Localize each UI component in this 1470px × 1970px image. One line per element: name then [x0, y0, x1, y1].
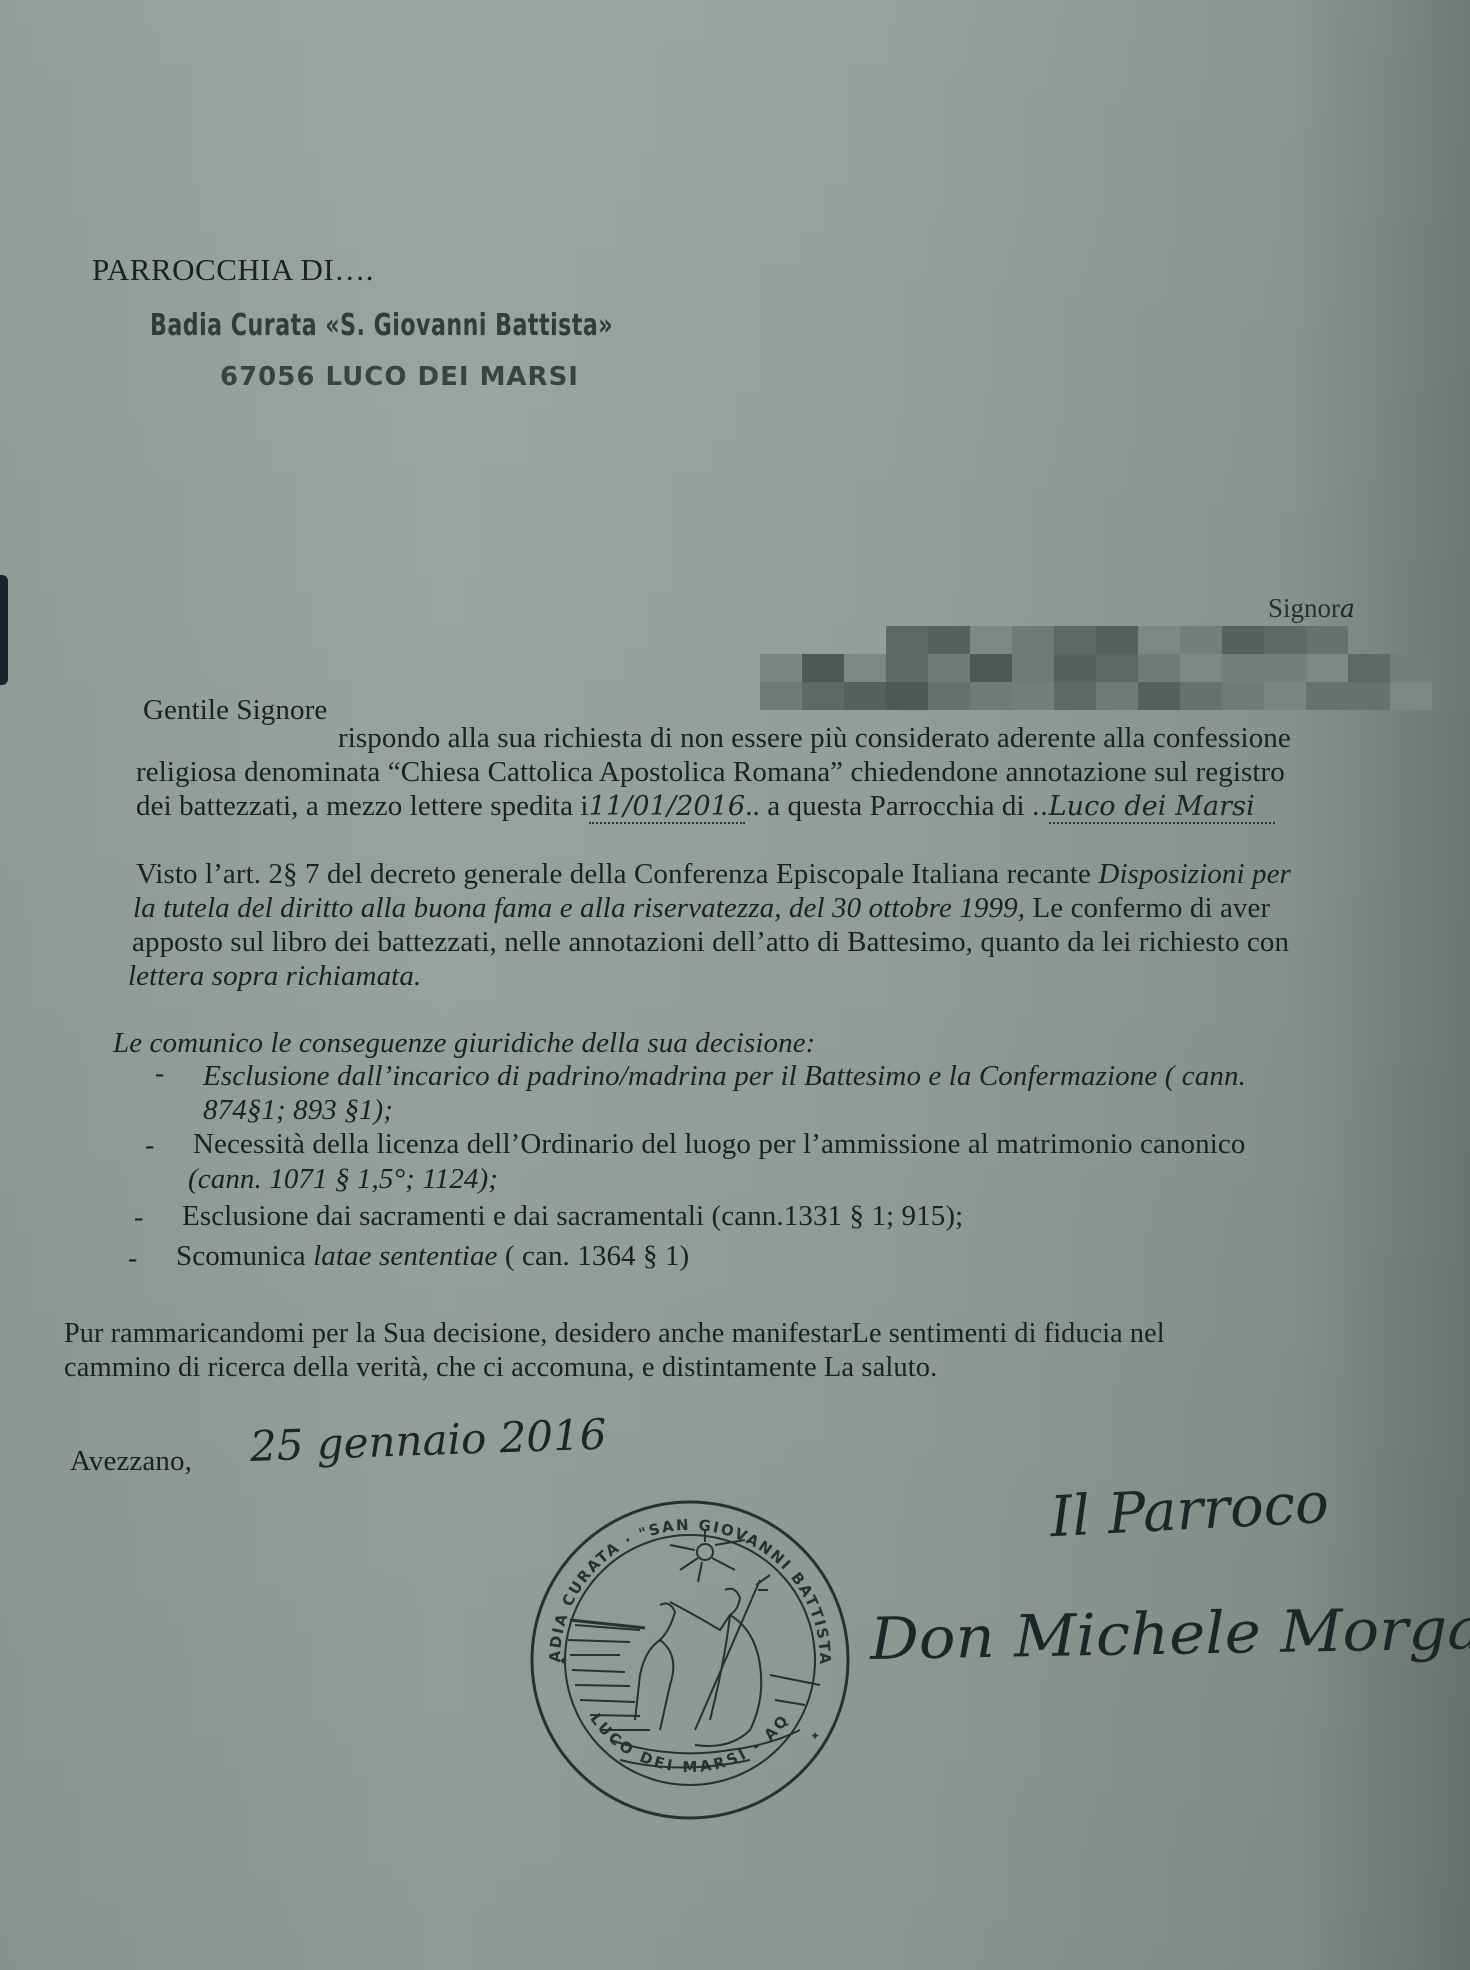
consequence-item-1-text: Esclusione dall’incarico di padrino/madr…	[203, 1060, 1246, 1092]
redaction-pixel	[886, 654, 928, 682]
parish-stamp-name: Badia Curata «S. Giovanni Battista»	[150, 308, 613, 343]
redaction-pixel	[928, 654, 970, 682]
consequence-item-4-regular: Scomunica	[176, 1240, 306, 1272]
paragraph2-line2-regular: Le confermo di aver	[1032, 892, 1270, 924]
redaction-pixel	[1054, 654, 1096, 682]
redacted-recipient-name	[760, 626, 1432, 710]
redaction-pixel	[1306, 626, 1348, 654]
redaction-pixel	[1390, 682, 1432, 710]
redaction-pixel	[802, 626, 844, 654]
redaction-pixel	[1306, 682, 1348, 710]
redaction-pixel	[1012, 626, 1054, 654]
redaction-pixel	[1180, 682, 1222, 710]
redaction-pixel	[760, 626, 802, 654]
redaction-pixel	[1180, 626, 1222, 654]
redaction-pixel	[1054, 682, 1096, 710]
paragraph2-line2-italic: la tutela del diritto alla buona fama e …	[133, 892, 1025, 924]
consequence-item-4-italic: latae sententiae	[313, 1240, 497, 1272]
paragraph2-line1: Visto l’art. 2§ 7 del decreto generale d…	[136, 858, 1291, 891]
redaction-pixel	[970, 654, 1012, 682]
redaction-pixel	[844, 654, 886, 682]
redaction-pixel	[1054, 626, 1096, 654]
redaction-pixel	[1138, 626, 1180, 654]
handwritten-letter-date: 25 gennaio 2016	[249, 1410, 607, 1471]
bullet-dash: -	[134, 1202, 143, 1234]
redaction-pixel	[1222, 626, 1264, 654]
redaction-pixel	[760, 682, 802, 710]
paragraph2-line1-italic: Disposizioni per	[1098, 858, 1291, 890]
redaction-pixel	[760, 654, 802, 682]
bullet-dash: -	[145, 1130, 154, 1162]
redaction-pixel	[886, 682, 928, 710]
salutation-label: Signor	[1268, 593, 1340, 623]
signature-title: Il Parroco	[1048, 1471, 1330, 1550]
paragraph2-line3: apposto sul libro dei battezzati, nelle …	[132, 926, 1289, 959]
paragraph1-line1: rispondo alla sua richiesta di non esser…	[338, 722, 1291, 755]
redaction-pixel	[970, 682, 1012, 710]
redaction-pixel	[802, 682, 844, 710]
paragraph2-line4: lettera sopra richiamata.	[128, 960, 421, 993]
redaction-pixel	[1096, 626, 1138, 654]
paragraph1-line3-middle: .. a questa Parrocchia di	[745, 790, 1025, 822]
redaction-pixel	[1264, 682, 1306, 710]
redaction-pixel	[1138, 682, 1180, 710]
handwritten-letter-date: 11/01/2016	[589, 791, 746, 824]
consequence-item-1-line1: Esclusione dall’incarico di padrino/madr…	[203, 1060, 1246, 1093]
bullet-dash: -	[128, 1243, 137, 1275]
redaction-pixel	[1348, 682, 1390, 710]
letterhead-title: PARROCCHIA DI….	[92, 252, 374, 288]
signature-name: Don Michele Morgani	[869, 1593, 1470, 1673]
redaction-pixel	[1012, 682, 1054, 710]
consequence-item-2-line2: (cann. 1071 § 1,5°; 1124);	[188, 1163, 498, 1196]
redaction-pixel	[1348, 654, 1390, 682]
paragraph2-line2: la tutela del diritto alla buona fama e …	[133, 892, 1270, 925]
redaction-pixel	[1264, 654, 1306, 682]
consequence-item-4-tail: ( can. 1364 § 1)	[505, 1240, 689, 1272]
paragraph1-line2: religiosa denominata “Chiesa Cattolica A…	[136, 756, 1285, 789]
parish-stamp-address: 67056 LUCO DEI MARSI	[220, 362, 579, 392]
closing-line2: cammino di ricerca della verità, che ci …	[64, 1352, 937, 1384]
consequence-item-4-line1: Scomunica latae sententiae ( can. 1364 §…	[176, 1240, 689, 1273]
greeting: Gentile Signore	[143, 694, 327, 727]
redaction-pixel	[1096, 654, 1138, 682]
paragraph1-line3-prefix: dei battezzati, a mezzo lettere spedita …	[136, 790, 589, 822]
svg-text:✦: ✦	[810, 1729, 820, 1743]
edge-shadow	[0, 575, 8, 685]
redaction-pixel	[928, 626, 970, 654]
redaction-pixel	[928, 682, 970, 710]
parish-seal: BADIA CURATA · "SAN GIOVANNI BATTISTA" L…	[520, 1490, 860, 1830]
redaction-pixel	[1138, 654, 1180, 682]
redaction-pixel	[970, 626, 1012, 654]
handwritten-parish-place: Luco dei Marsi	[1049, 791, 1275, 824]
redaction-pixel	[844, 626, 886, 654]
svg-text:✦: ✦	[558, 1654, 568, 1668]
salutation-handwritten-suffix: a	[1340, 594, 1355, 623]
redaction-pixel	[1180, 654, 1222, 682]
redaction-pixel	[886, 626, 928, 654]
redaction-pixel	[1390, 654, 1432, 682]
paragraph2-line1-regular: Visto l’art. 2§ 7 del decreto generale d…	[136, 858, 1091, 890]
consequence-item-3-line1: Esclusione dai sacramenti e dai sacramen…	[182, 1200, 963, 1233]
consequence-item-2-line1: Necessità della licenza dell’Ordinario d…	[193, 1128, 1245, 1161]
redaction-pixel	[1096, 682, 1138, 710]
redaction-pixel	[844, 682, 886, 710]
redaction-pixel	[1306, 654, 1348, 682]
closing-line1: Pur rammaricandomi per la Sua decisione,…	[64, 1318, 1165, 1350]
redaction-pixel	[1222, 682, 1264, 710]
redaction-pixel	[1348, 626, 1390, 654]
redaction-pixel	[1012, 654, 1054, 682]
dateline-place: Avezzano,	[70, 1445, 192, 1478]
bullet-dash: -	[155, 1058, 164, 1090]
redaction-pixel	[1390, 626, 1432, 654]
redaction-pixel	[1222, 654, 1264, 682]
recipient-salutation: Signora	[1268, 593, 1355, 624]
paragraph1-line3: dei battezzati, a mezzo lettere spedita …	[136, 790, 1275, 823]
consequence-item-1-line2: 874§1; 893 §1);	[203, 1094, 393, 1127]
redaction-pixel	[1264, 626, 1306, 654]
redaction-pixel	[802, 654, 844, 682]
consequences-intro: Le comunico le conseguenze giuridiche de…	[113, 1027, 815, 1060]
